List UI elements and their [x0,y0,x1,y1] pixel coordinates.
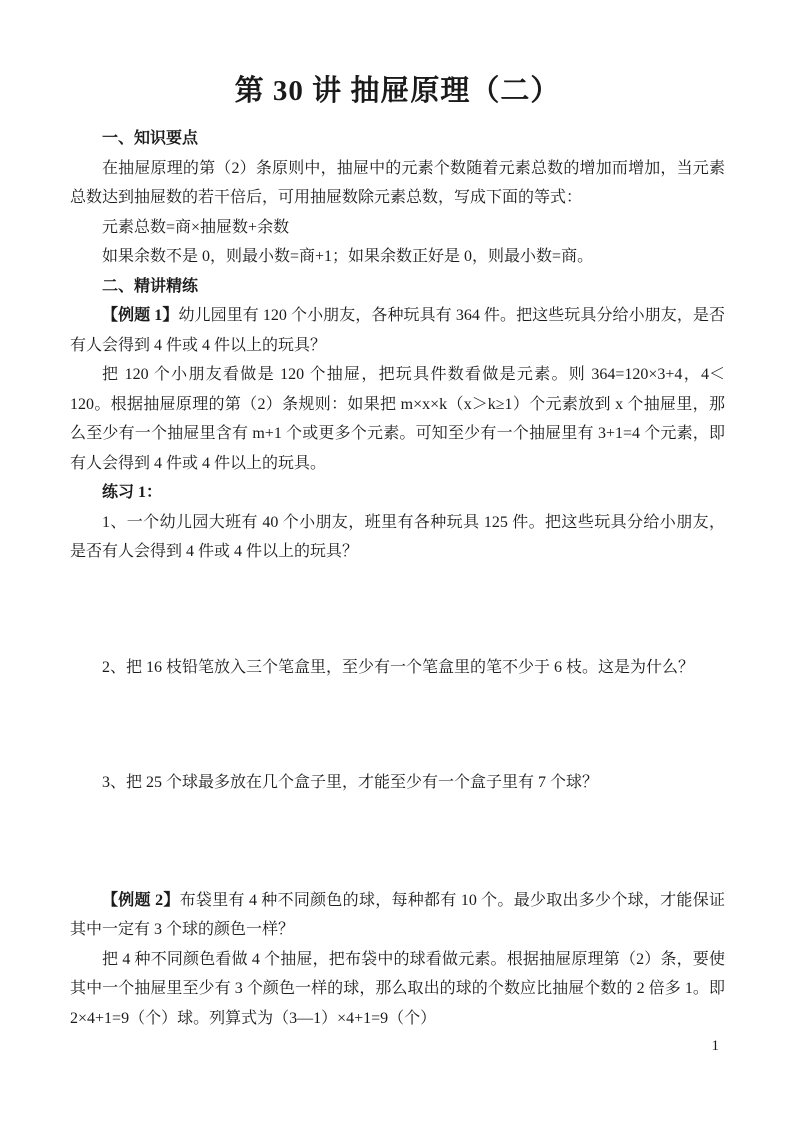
example1-solution-paragraph: 把 120 个小朋友看做是 120 个抽屉，把玩具件数看做是元素。则 364=1… [70,360,725,478]
formula-line: 元素总数=商×抽屉数+余数 [70,213,725,243]
practice1-item-1: 1、一个幼儿园大班有 40 个小朋友，班里有各种玩具 125 件。把这些玩具分给… [70,508,725,567]
answer-space-2 [70,682,725,768]
remainder-rule-line: 如果余数不是 0，则最小数=商+1；如果余数正好是 0，则最小数=商。 [70,242,725,272]
answer-space-3 [70,798,725,886]
answer-space-1 [70,567,725,653]
example2-label: 【例题 2】 [102,892,180,909]
example1-question-paragraph: 【例题 1】幼儿园里有 120 个小朋友，各种玩具有 364 件。把这些玩具分给… [70,301,725,360]
document-title: 第 30 讲 抽屉原理（二） [70,70,725,112]
knowledge-intro-paragraph: 在抽屉原理的第（2）条原则中，抽屉中的元素个数随着元素总数的增加而增加，当元素总… [70,154,725,213]
document-page: 第 30 讲 抽屉原理（二） 一、知识要点 在抽屉原理的第（2）条原则中，抽屉中… [0,0,793,1122]
section-heading-knowledge-points: 一、知识要点 [70,124,725,154]
section-heading-examples: 二、精讲精练 [70,272,725,302]
practice1-item-2: 2、把 16 枝铅笔放入三个笔盒里，至少有一个笔盒里的笔不少于 6 枝。这是为什… [70,653,725,683]
example2-solution-paragraph: 把 4 种不同颜色看做 4 个抽屉，把布袋中的球看做元素。根据抽屉原理第（2）条… [70,945,725,1034]
practice1-label: 练习 1： [70,478,725,508]
example2-question-paragraph: 【例题 2】布袋里有 4 种不同颜色的球，每种都有 10 个。最少取出多少个球，… [70,886,725,945]
example1-label: 【例题 1】 [102,307,178,324]
page-number: 1 [712,1036,720,1056]
practice1-item-3: 3、把 25 个球最多放在几个盒子里，才能至少有一个盒子里有 7 个球？ [70,768,725,798]
